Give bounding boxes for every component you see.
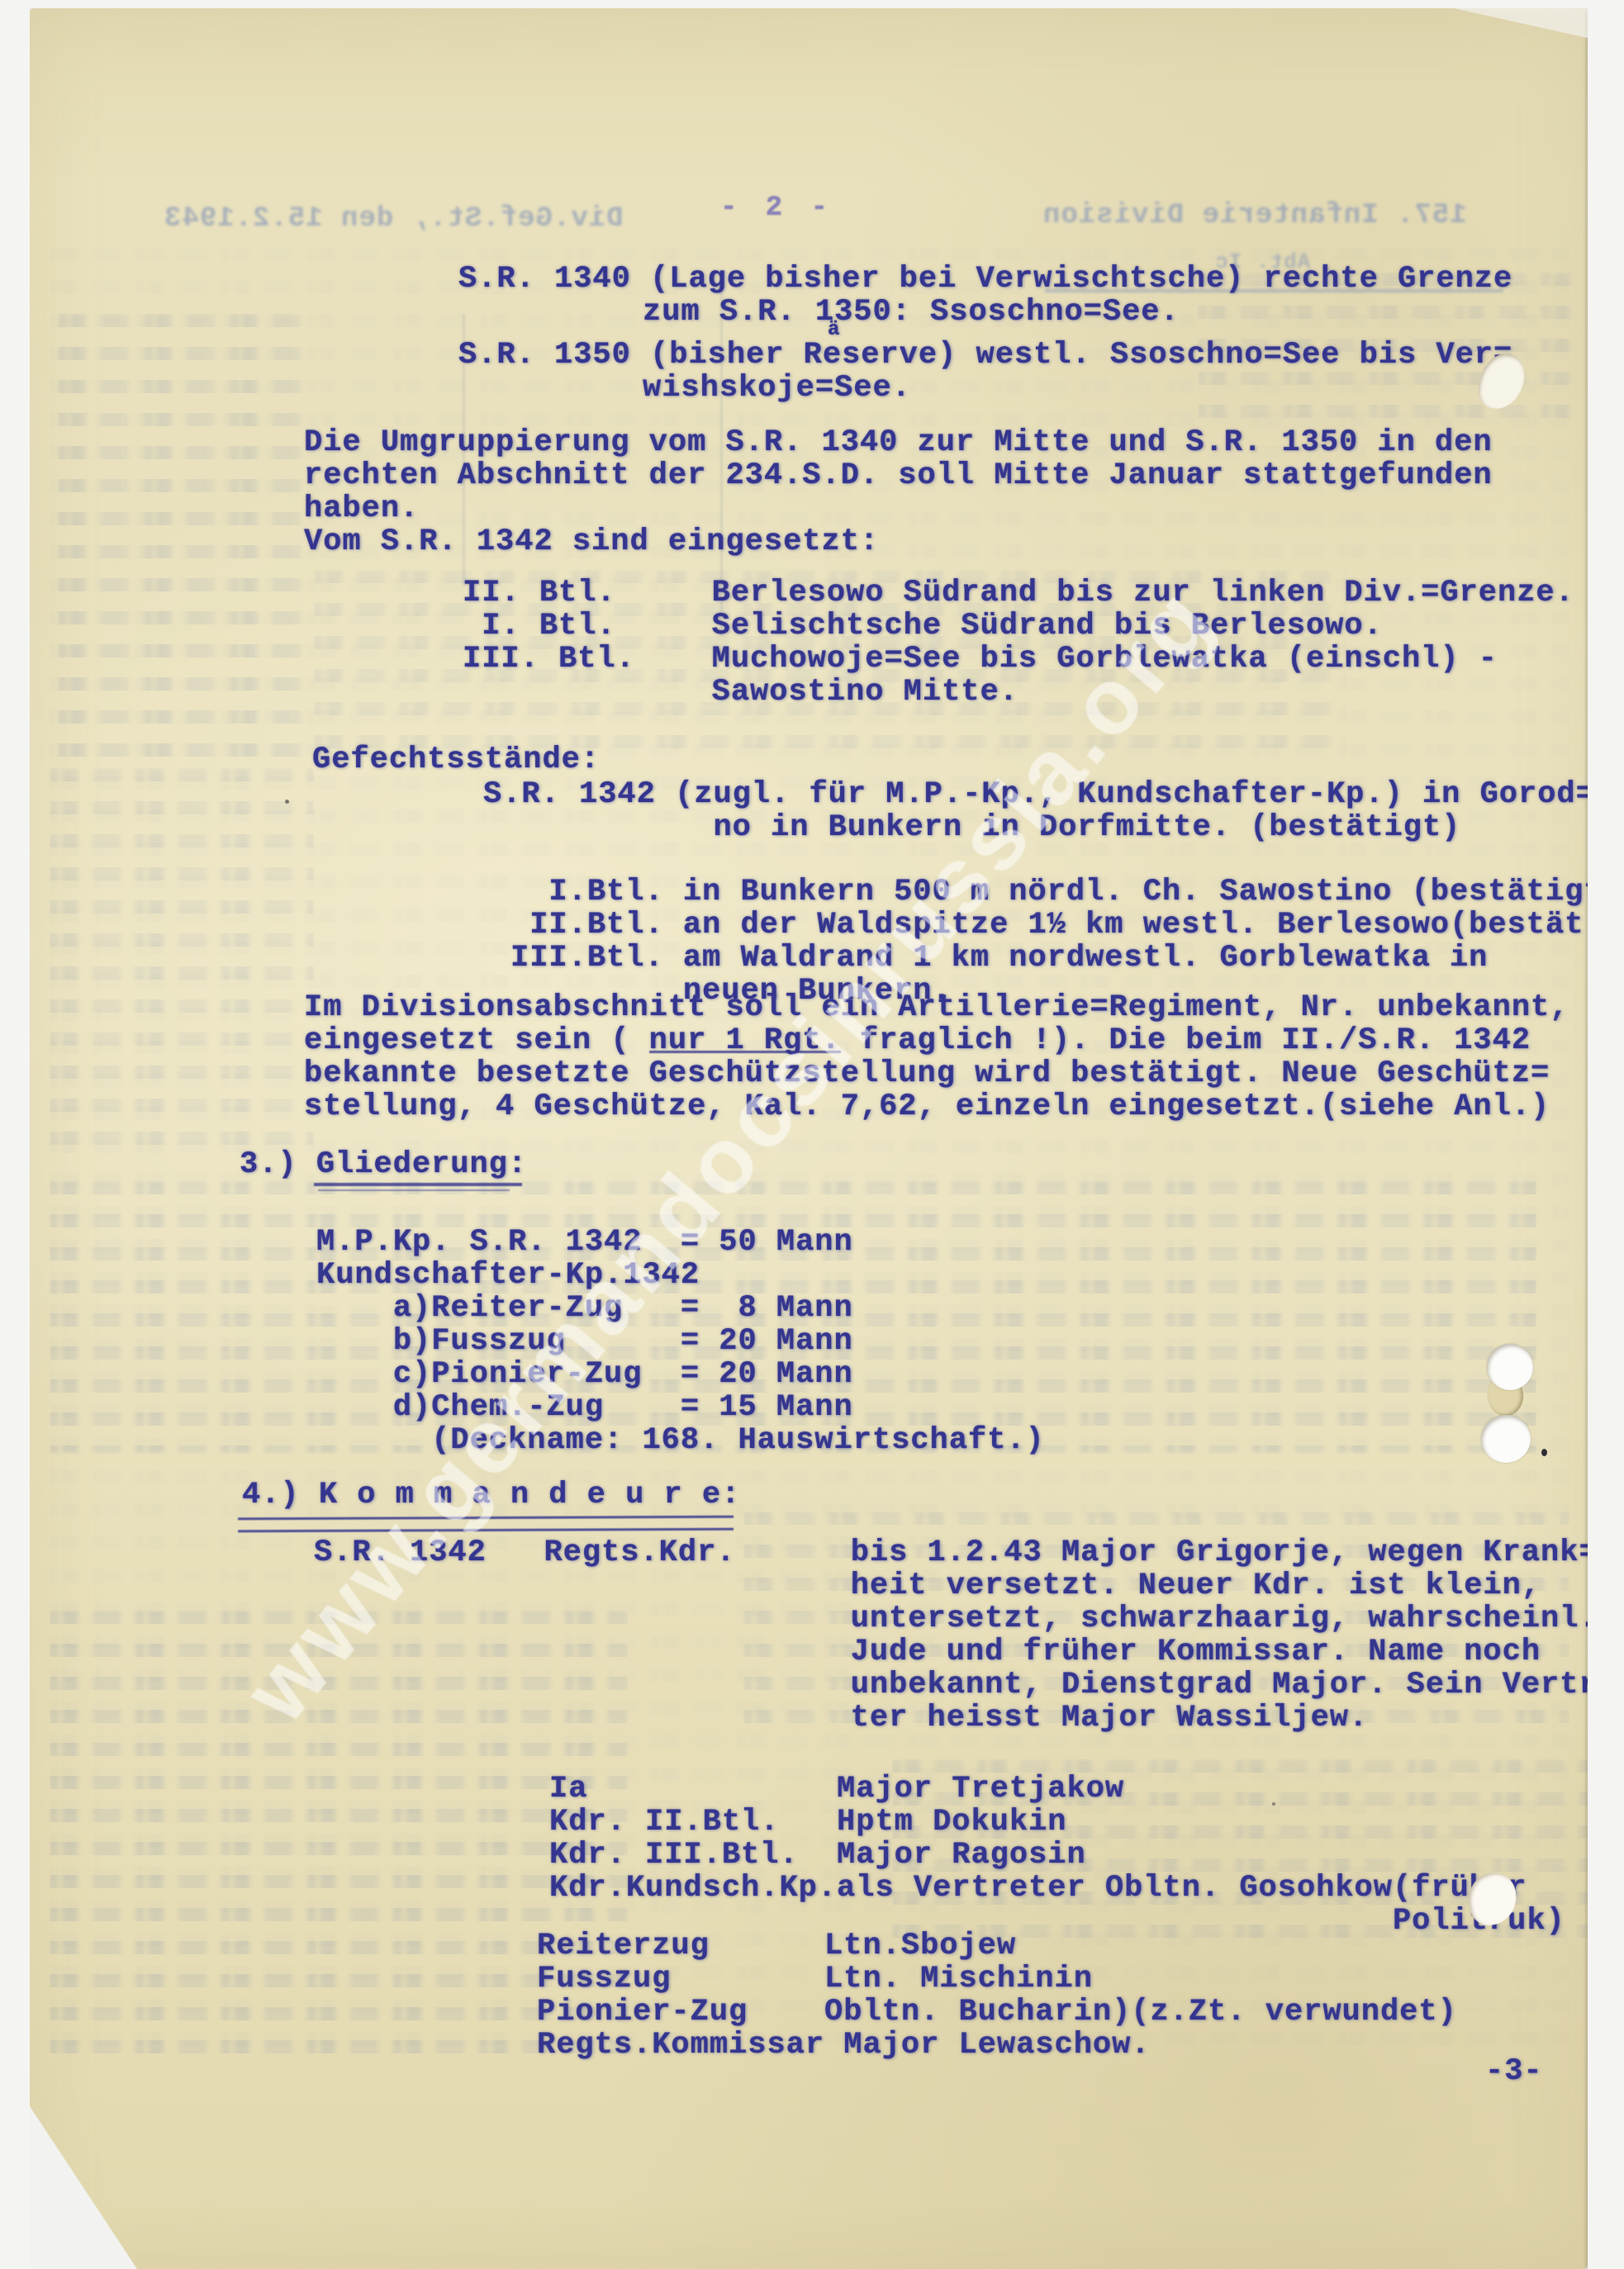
list-item: Reiterzug Ltn.Sbojew xyxy=(537,1930,1016,1963)
text-line: S.R. 1350 (bisher Reserve) westl. Ssosch… xyxy=(458,339,1512,372)
heading-double-underline xyxy=(238,1516,734,1533)
table-row: b)Fusszug = 20 Mann xyxy=(316,1325,853,1358)
list-item: Kdr.Kundsch.Kp.als Vertreter Obltn. Goso… xyxy=(549,1872,1527,1905)
bleedthrough-patch-left-top xyxy=(58,314,306,776)
text-line: ter heisst Major Wassiljew. xyxy=(314,1702,1368,1735)
text-line: rechten Abschnitt der 234.S.D. soll Mitt… xyxy=(304,459,1493,492)
table-row: Kundschafter-Kp.1342 xyxy=(316,1259,700,1292)
text-line: Die Umgruppierung vom S.R. 1340 zur Mitt… xyxy=(304,426,1493,459)
section-heading: Gefechtsstände: xyxy=(312,743,600,776)
text-line: S.R. 1342 (zugl. für M.P.-Kp., Kundschaf… xyxy=(483,778,1595,811)
list-item: Ia Major Tretjakow xyxy=(549,1773,1124,1806)
list-item: Pionier-Zug Obltn. Bucharin)(z.Zt. verwu… xyxy=(537,1996,1457,2029)
text-line: S.R. 1340 (Lage bisher bei Verwischtsche… xyxy=(458,263,1512,296)
ink-speck-1 xyxy=(1541,1449,1547,1456)
table-row: c)Pionier-Zug = 20 Mann xyxy=(316,1358,853,1391)
ink-speck-3 xyxy=(1272,1802,1275,1806)
list-item: Fusszug Ltn. Mischinin xyxy=(537,1963,1093,1996)
text-line: Vom S.R. 1342 sind eingesetzt: xyxy=(304,525,879,558)
list-item: Kdr. III.Btl. Major Ragosin xyxy=(549,1839,1086,1872)
punch-hole-bottom xyxy=(1481,1415,1531,1463)
text-line: unbekannt, Dienstgrad Major. Sein Vertre xyxy=(314,1669,1617,1702)
table-row: d)Chem.-Zug = 15 Mann xyxy=(316,1391,853,1424)
list-item: II. Btl. Berlesowo Südrand bis zur linke… xyxy=(463,577,1574,610)
heading-underline-2 xyxy=(318,1189,510,1191)
list-item: III. Btl. Muchowoje=See bis Gorblewatka … xyxy=(463,643,1498,676)
section-heading-kommandeure: 4.) K o m m a n d e u r e: xyxy=(242,1479,740,1512)
list-item: III.Btl. am Waldrand 1 km nordwestl. Gor… xyxy=(510,942,1488,975)
text-line: no in Bunkern in Dorfmitte. (bestätigt) xyxy=(483,811,1460,844)
page-number-bottom: -3- xyxy=(1485,2055,1543,2088)
table-row: M.P.Kp. S.R. 1342 = 50 Mann xyxy=(316,1226,853,1259)
bleedthrough-patch-left-mid xyxy=(50,768,314,1165)
list-item: Regts.Kommissar Major Lewaschow. xyxy=(537,2029,1151,2062)
underline-nur-1-rgt xyxy=(649,1051,841,1053)
text-line: stellung, 4 Geschütze, Kal. 7,62, einzel… xyxy=(304,1090,1550,1123)
table-row: (Deckname: 168. Hauswirtschaft.) xyxy=(316,1424,1045,1457)
scan-margin-left xyxy=(0,0,30,2269)
text-line: zum S.R. 1350: Ssoschno=See. xyxy=(643,296,1180,329)
bleedthrough-division-line: 157. Infanterie Division xyxy=(1042,200,1467,231)
table-row: a)Reiter-Zug = 8 Mann xyxy=(316,1292,853,1325)
text-line: wishskoje=See. xyxy=(643,372,911,405)
text-line: Im Divisionsabschnitt soll ein Artilleri… xyxy=(304,991,1569,1024)
scan-margin-top xyxy=(0,0,1624,8)
list-item: II.Btl. an der Waldspitze 1½ km westl. B… xyxy=(510,909,1622,942)
text-line: S.R. 1342 Regts.Kdr. bis 1.2.43 Major Gr… xyxy=(314,1536,1598,1569)
ink-speck-2 xyxy=(285,800,289,804)
page-number-top: - 2 - xyxy=(720,192,833,225)
text-line: Jude und früher Kommissar. Name noch xyxy=(314,1635,1541,1669)
list-item: Sawostino Mitte. xyxy=(463,676,1019,709)
text-line: haben. xyxy=(304,492,419,525)
text-line: eingesetzt sein ( nur 1 Rgt. fraglich !)… xyxy=(304,1024,1531,1057)
scanned-document-page: Div.Gef.St., den 15.2.1943 157. Infanter… xyxy=(0,0,1624,2269)
text-line: untersetzt, schwarzhaarig, wahrscheinl. xyxy=(314,1602,1598,1635)
list-item: I. Btl. Selischtsche Südrand bis Berleso… xyxy=(463,610,1383,643)
text-line: bekannte besetzte Geschützstellung wird … xyxy=(304,1057,1550,1090)
scan-margin-right xyxy=(1588,0,1624,2269)
list-item: I.Btl. in Bunkern 500 m nördl. Ch. Sawos… xyxy=(510,876,1622,909)
text-line: heit versetzt. Neuer Kdr. ist klein, xyxy=(314,1569,1541,1602)
heading-underline xyxy=(314,1183,522,1186)
bleedthrough-date-line: Div.Gef.St., den 15.2.1943 xyxy=(164,203,624,235)
section-heading-gliederung: 3.) Gliederung: xyxy=(240,1148,527,1181)
punch-hole-top xyxy=(1487,1344,1533,1390)
list-item: Kdr. II.Btl. Hptm Dokukin xyxy=(549,1806,1067,1839)
